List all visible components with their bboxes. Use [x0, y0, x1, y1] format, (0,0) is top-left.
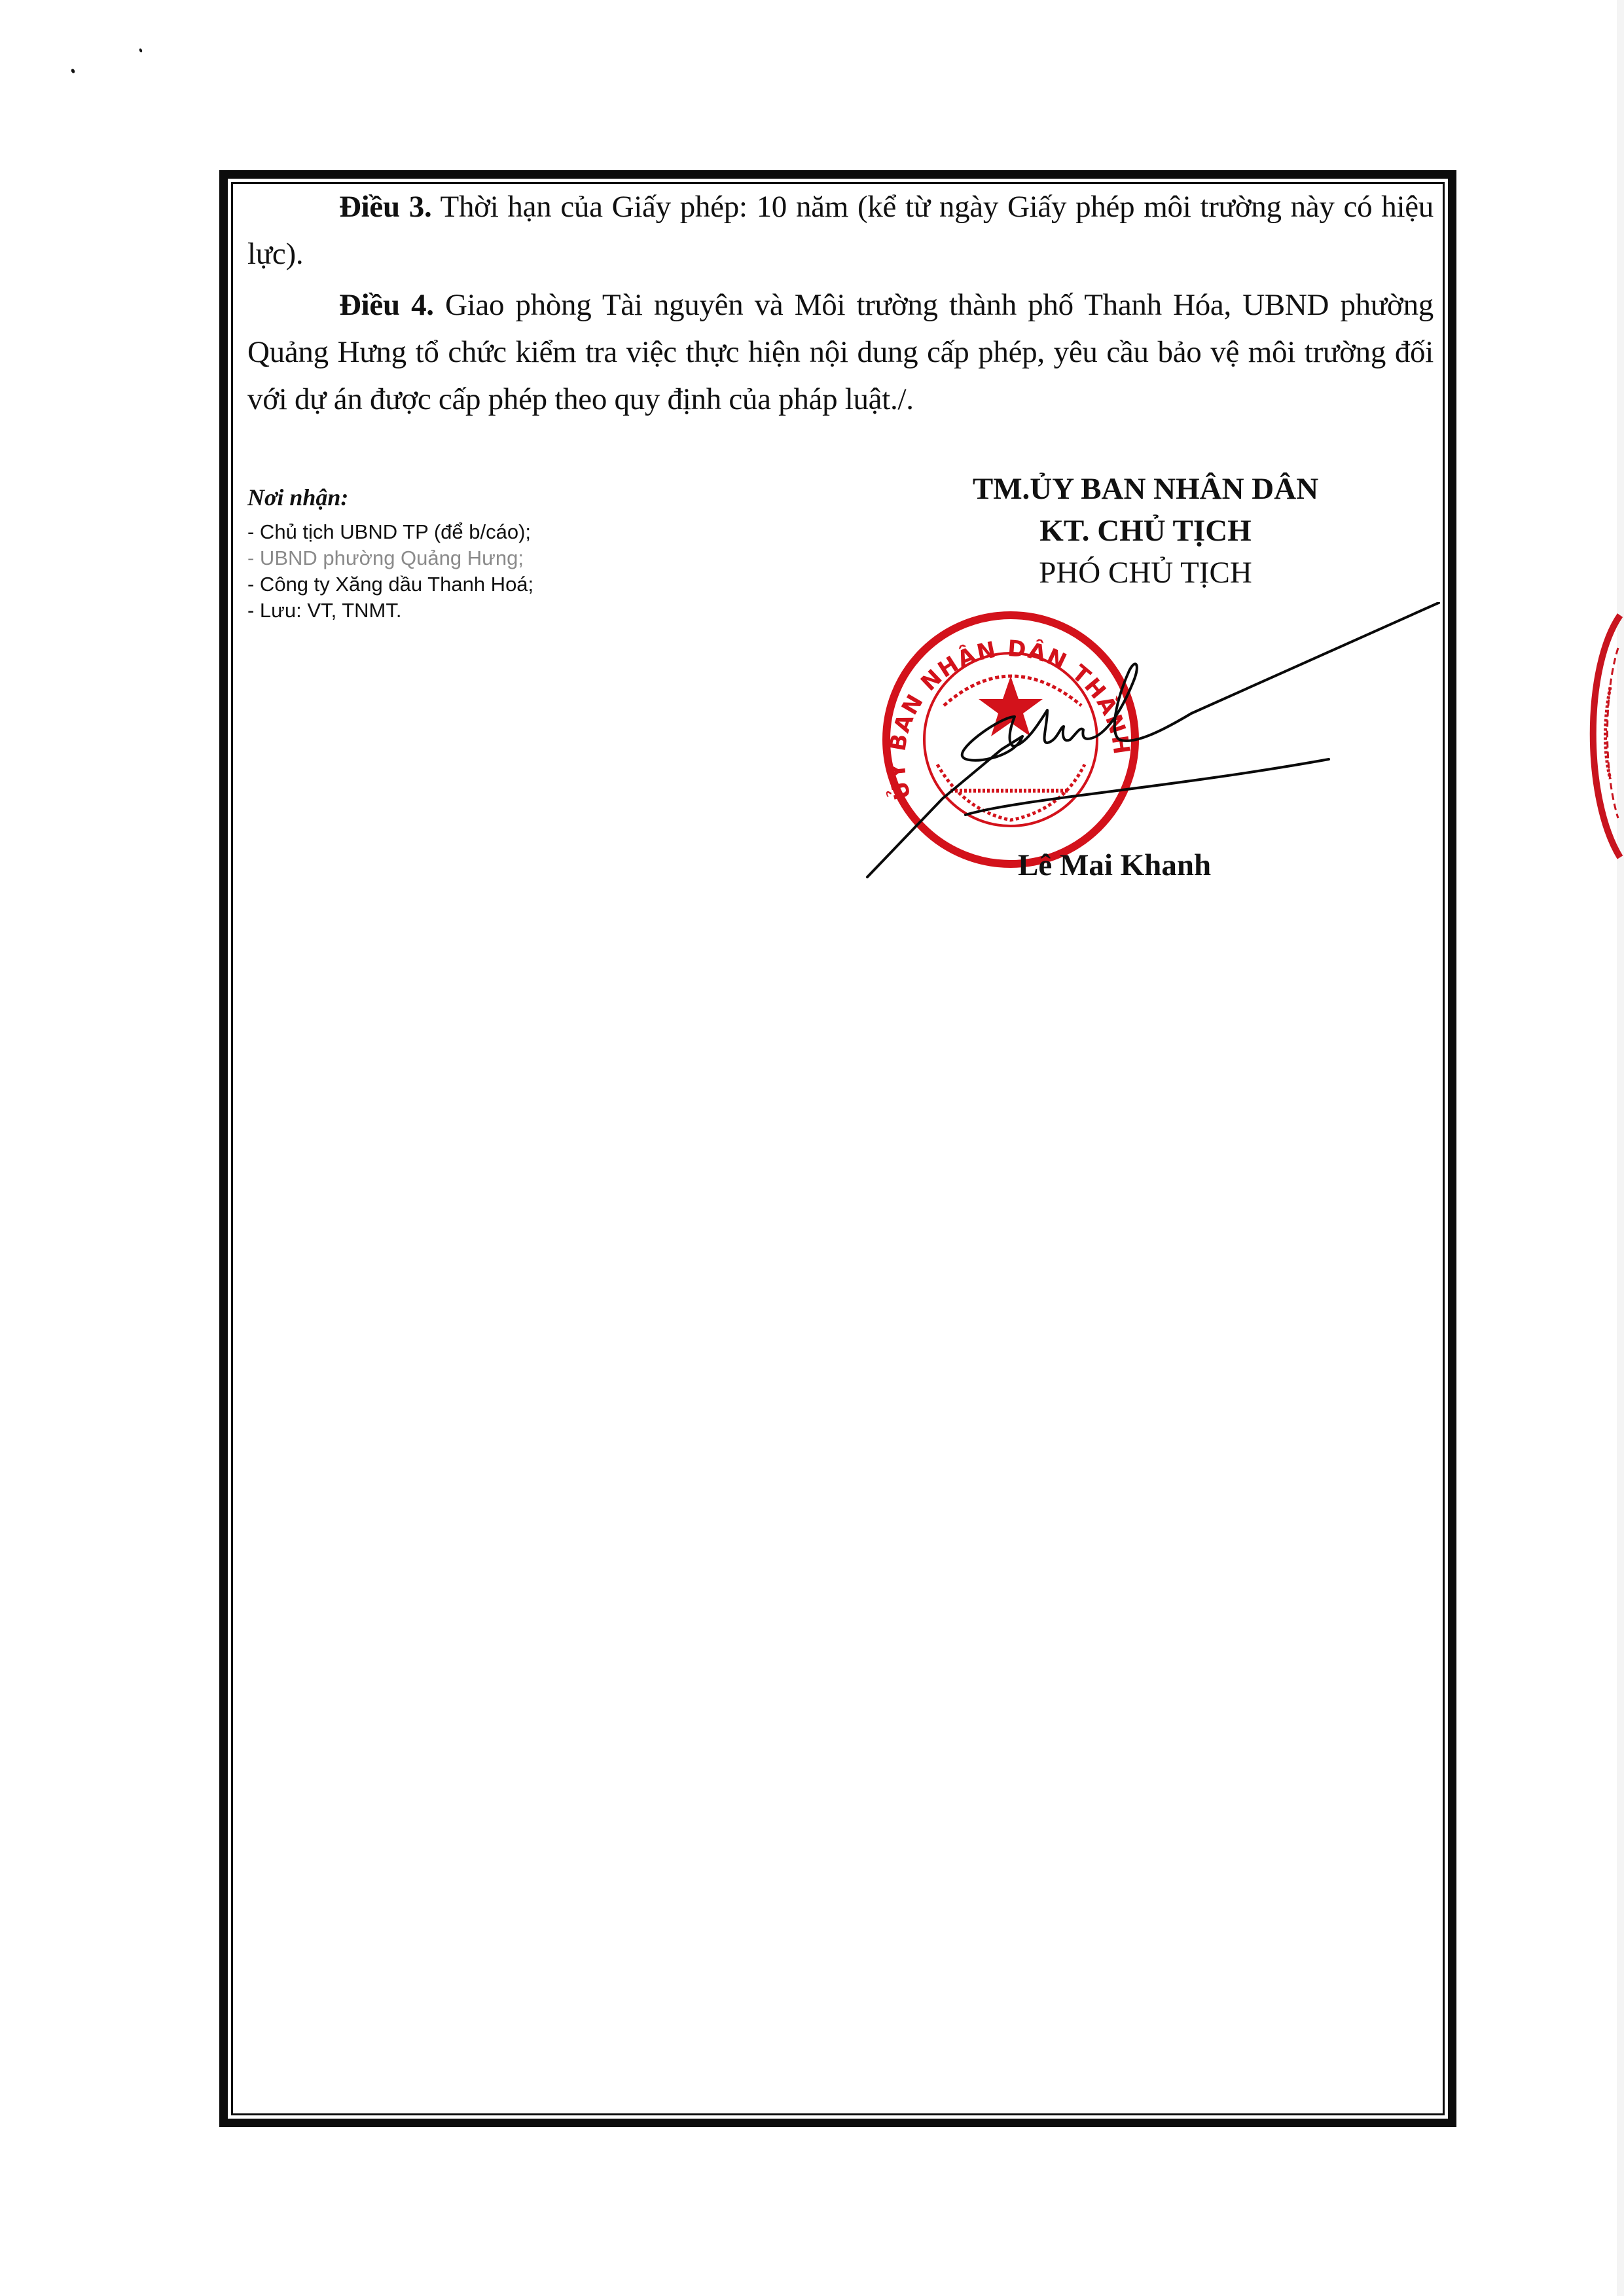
signer-title: PHÓ CHỦ TỊCH: [877, 552, 1414, 594]
recipient-item: - Lưu: VT, TNMT.: [247, 598, 666, 624]
recipient-item: - UBND phường Quảng Hưng;: [247, 545, 666, 571]
recipients-title: Nơi nhận:: [247, 481, 666, 514]
article-3: Điều 3. Thời hạn của Giấy phép: 10 năm (…: [247, 183, 1434, 278]
recipient-item: - Công ty Xăng dầu Thanh Hoá;: [247, 571, 666, 598]
article-4-label: Điều 4.: [339, 288, 434, 322]
article-4: Điều 4. Giao phòng Tài nguyên và Môi trư…: [247, 281, 1434, 423]
article-3-label: Điều 3.: [339, 190, 431, 224]
recipient-item: - Chủ tịch UBND TP (để b/cáo);: [247, 519, 666, 545]
signature-block: TM.ỦY BAN NHÂN DÂN KT. CHỦ TỊCH PHÓ CHỦ …: [877, 468, 1414, 594]
document-body: Điều 3. Thời hạn của Giấy phép: 10 năm (…: [247, 183, 1434, 423]
scan-speck: [139, 48, 143, 52]
partial-seal-icon: [1558, 589, 1624, 877]
page-edge: [1617, 0, 1624, 2296]
signer-name: Lê Mai Khanh: [956, 844, 1348, 886]
signature-authority: TM.ỦY BAN NHÂN DÂN: [877, 468, 1414, 510]
recipients-list: Nơi nhận: - Chủ tịch UBND TP (để b/cáo);…: [247, 481, 666, 624]
signature-capacity: KT. CHỦ TỊCH: [877, 510, 1414, 552]
scan-speck: [71, 68, 75, 73]
